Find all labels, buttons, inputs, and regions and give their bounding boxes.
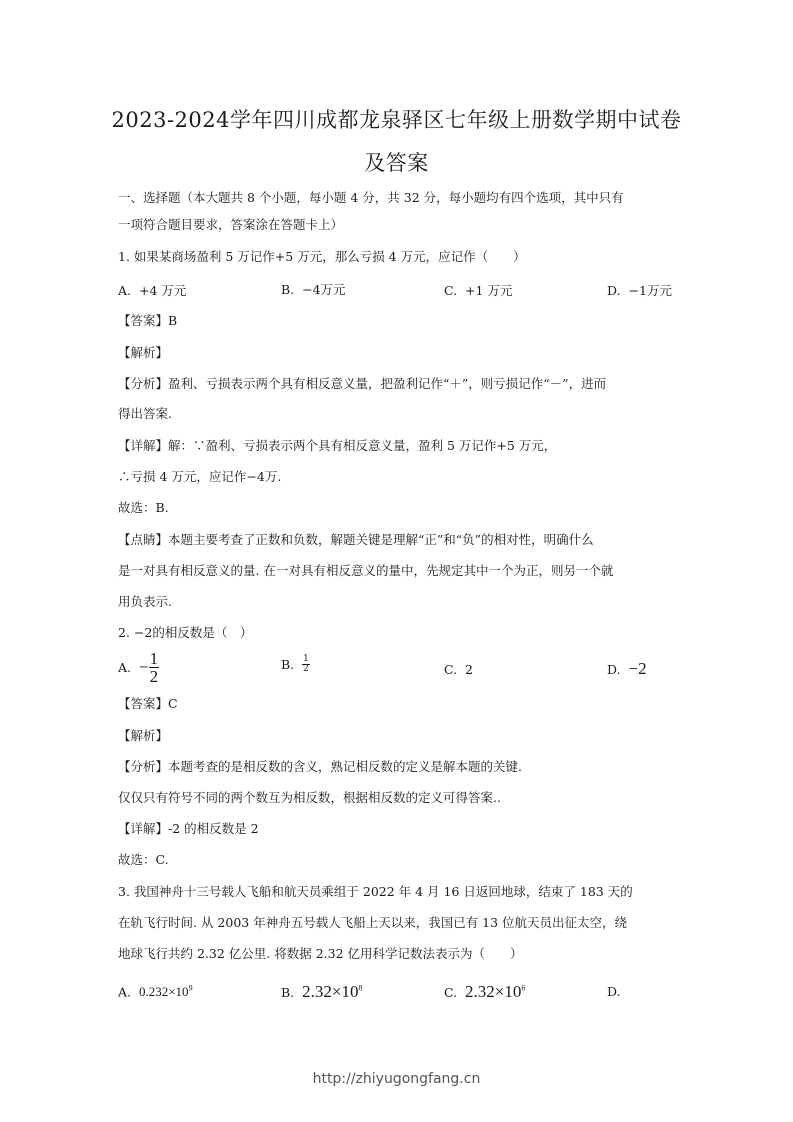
option-text: −2 [629, 659, 647, 678]
footer-url[interactable]: http://zhiyugongfang.cn [0, 1071, 793, 1087]
option-base: 2.32×10 [465, 982, 521, 1001]
option-exponent: 8 [358, 983, 362, 992]
section-heading-cont: 一项符合题目要求，答案涂在答题卡上） [118, 217, 343, 233]
option-d: D. −1万元 [607, 281, 672, 299]
title-line-1: 2023-2024学年四川成都龙泉驿区七年级上册数学期中试卷 [0, 104, 793, 134]
option-label: C. [444, 662, 457, 677]
option-label: D. [607, 283, 621, 298]
option-label: A. [118, 283, 131, 298]
option-label: A. [118, 660, 131, 675]
option-exponent: 9 [189, 984, 193, 993]
option-d: D. −2 [607, 659, 647, 679]
detail-text-cont: ∴亏损 4 万元，应记作−4万. [118, 469, 281, 485]
fraction: 1 2 [149, 650, 160, 685]
comment-text-cont: 是一对具有相反意义的量. 在一对具有相反意义的量中，先规定其中一个为正，则另一个… [118, 563, 613, 579]
option-a: A. +4 万元 [118, 281, 186, 299]
option-text: −4万元 [302, 282, 345, 297]
question-stem: 1. 如果某商场盈利 5 万记作+5 万元，那么亏损 4 万元，应记作（ ） [118, 249, 526, 265]
analysis-text: 【分析】本题考查的是相反数的含义，熟记相反数的定义是解本题的关键. [118, 759, 522, 775]
option-label: B. [281, 282, 294, 297]
option-text: 2 [465, 662, 473, 677]
option-a: A. 0.232×109 [118, 984, 193, 1000]
detail-text: 【详解】-2 的相反数是 2 [118, 821, 259, 837]
option-b: B. 2.32×108 [281, 982, 362, 1002]
question-stem-cont: 在轨飞行时间. 从 2003 年神舟五号载人飞船上天以来，我国已有 13 位航天… [118, 915, 627, 931]
choice: 故选：C. [118, 852, 169, 868]
question-stem: 3. 我国神舟十三号载人飞船和航天员乘组于 2022 年 4 月 16 日返回地… [118, 884, 633, 900]
question-stem-cont: 地球飞行共约 2.32 亿公里. 将数据 2.32 亿用科学记数法表示为（ ） [118, 946, 523, 962]
answer: 【答案】C [118, 696, 178, 712]
option-label: C. [444, 985, 457, 1000]
option-label: B. [281, 657, 294, 672]
fraction: 1 2 [302, 655, 310, 674]
option-a: A. − 1 2 [118, 650, 159, 685]
option-label: A. [118, 984, 131, 999]
option-c: C. +1 万元 [444, 281, 512, 299]
analysis-text: 【分析】盈利、亏损表示两个具有相反意义量，把盈利记作“＋”，则亏损记作“－”，进… [118, 376, 606, 392]
analysis-text-cont: 仅仅只有符号不同的两个数互为相反数，根据相反数的定义可得答案.. [118, 790, 501, 806]
numerator: 1 [149, 650, 160, 668]
answer: 【答案】B [118, 313, 177, 329]
option-base: 2.32×10 [302, 982, 358, 1001]
title-line-2: 及答案 [0, 147, 793, 177]
denominator: 2 [302, 665, 310, 674]
option-text: +4 万元 [139, 283, 186, 298]
comment-text: 【点睛】本题主要考查了正数和负数，解题关键是理解“正”和“负”的相对性，明确什么 [118, 532, 594, 548]
option-label: C. [444, 283, 457, 298]
option-label: B. [281, 985, 294, 1000]
analysis-text-cont: 得出答案. [118, 406, 172, 422]
option-b: B. −4万元 [281, 280, 346, 298]
option-b: B. 1 2 [281, 655, 310, 674]
option-c: C. 2.32×106 [444, 982, 525, 1002]
comment-text-cont: 用负表示. [118, 594, 172, 610]
option-base: 0.232×10 [139, 984, 189, 999]
option-text: −1万元 [629, 283, 672, 298]
denominator: 2 [149, 668, 160, 685]
question-stem: 2. −2的相反数是（ ） [118, 625, 252, 641]
choice: 故选：B. [118, 500, 169, 516]
detail-text: 【详解】解：∵盈利、亏损表示两个具有相反意义量，盈利 5 万记作+5 万元， [118, 438, 556, 454]
option-text: +1 万元 [465, 283, 512, 298]
option-label: D. [607, 984, 621, 999]
option-d: D. [607, 984, 621, 999]
option-c: C. 2 [444, 662, 473, 677]
analysis-heading: 【解析】 [118, 345, 168, 361]
minus-sign: − [139, 658, 149, 677]
option-label: D. [607, 662, 621, 677]
analysis-heading: 【解析】 [118, 728, 168, 744]
section-heading: 一、选择题（本大题共 8 个小题，每小题 4 分，共 32 分，每小题均有四个选… [118, 190, 624, 206]
option-exponent: 6 [521, 983, 525, 992]
